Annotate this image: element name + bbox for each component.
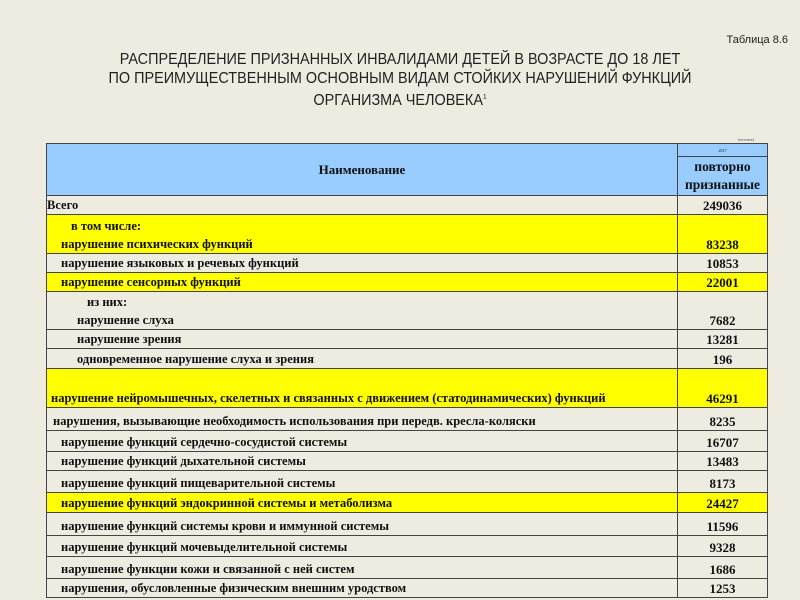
row-label: нарушение языковых и речевых функций — [47, 254, 678, 273]
table-row: Всего249036 — [47, 196, 768, 215]
table-body: Всего249036в том числе:нарушение психиче… — [47, 196, 768, 598]
row-value: 1686 — [678, 557, 768, 579]
row-value: 9328 — [678, 536, 768, 557]
row-label: одновременное нарушение слуха и зрения — [47, 349, 678, 369]
table-row: нарушение функций мочевыделительной сист… — [47, 536, 768, 557]
row-value: 22001 — [678, 273, 768, 292]
table-row: нарушение сенсорных функций22001 — [47, 273, 768, 292]
table-row: нарушение функции кожи и связанной с ней… — [47, 557, 768, 579]
footnote-mark: 1 — [483, 94, 487, 101]
row-label: нарушение функций сердечно-сосудистой си… — [47, 431, 678, 452]
table-number: Таблица 8.6 — [727, 34, 788, 46]
table-row: нарушения, обусловленные физическим внеш… — [47, 579, 768, 598]
row-label: Всего — [47, 196, 678, 215]
table-row: из них:нарушение слуха7682 — [47, 292, 768, 330]
table-row: нарушение функций эндокринной системы и … — [47, 493, 768, 513]
row-value: 249036 — [678, 196, 768, 215]
row-label: из них:нарушение слуха — [47, 292, 678, 330]
row-label: нарушения, вызывающие необходимость испо… — [47, 408, 678, 431]
row-value: 16707 — [678, 431, 768, 452]
row-value: 13483 — [678, 452, 768, 471]
title-line-1: РАСПРЕДЕЛЕНИЕ ПРИЗНАННЫХ ИНВАЛИДАМИ ДЕТЕ… — [28, 50, 772, 69]
table-row: нарушение функций системы крови и иммунн… — [47, 513, 768, 536]
title-line-3: ОРГАНИЗМА ЧЕЛОВЕКА1 — [28, 88, 772, 110]
column-header-year: 2017 — [678, 144, 768, 157]
title-line-2: ПО ПРЕИМУЩЕСТВЕННЫМ ОСНОВНЫМ ВИДАМ СТОЙК… — [28, 69, 772, 88]
row-label: нарушение зрения — [47, 330, 678, 349]
row-label: нарушение функций мочевыделительной сист… — [47, 536, 678, 557]
row-label: в том числе:нарушение психических функци… — [47, 215, 678, 254]
page-title: РАСПРЕДЕЛЕНИЕ ПРИЗНАННЫХ ИНВАЛИДАМИ ДЕТЕ… — [28, 50, 772, 110]
table-row: нарушение зрения13281 — [47, 330, 768, 349]
row-value: 11596 — [678, 513, 768, 536]
row-prelabel: из них: — [77, 293, 674, 311]
row-label: нарушение функций эндокринной системы и … — [47, 493, 678, 513]
row-label: нарушение функции кожи и связанной с ней… — [47, 557, 678, 579]
row-value: 24427 — [678, 493, 768, 513]
table-row: нарушения, вызывающие необходимость испо… — [47, 408, 768, 431]
row-label: нарушение функций дыхательной системы — [47, 452, 678, 471]
column-header-value: повторно признанные — [678, 157, 768, 196]
row-value: 7682 — [678, 292, 768, 330]
row-value: 8235 — [678, 408, 768, 431]
table-row: нарушение языковых и речевых функций1085… — [47, 254, 768, 273]
units-label: (человек) — [738, 137, 754, 142]
row-value: 8173 — [678, 471, 768, 493]
row-value: 10853 — [678, 254, 768, 273]
row-label: нарушение функций системы крови и иммунн… — [47, 513, 678, 536]
disability-table: Наименование 2017 повторно признанные Вс… — [46, 143, 768, 598]
column-header-name: Наименование — [47, 144, 678, 196]
row-label: нарушение сенсорных функций — [47, 273, 678, 292]
row-value: 1253 — [678, 579, 768, 598]
row-value: 83238 — [678, 215, 768, 254]
table-row: нарушение функций сердечно-сосудистой си… — [47, 431, 768, 452]
table-row: в том числе:нарушение психических функци… — [47, 215, 768, 254]
row-label: нарушение функций пищеварительной систем… — [47, 471, 678, 493]
table-row: нарушение функций пищеварительной систем… — [47, 471, 768, 493]
row-value: 13281 — [678, 330, 768, 349]
row-label: нарушения, обусловленные физическим внеш… — [47, 579, 678, 598]
row-label: нарушение нейромышечных, скелетных и свя… — [47, 369, 678, 408]
row-value: 196 — [678, 349, 768, 369]
table-row: нарушение функций дыхательной системы134… — [47, 452, 768, 471]
row-value: 46291 — [678, 369, 768, 408]
row-prelabel: в том числе: — [61, 217, 674, 235]
table-row: нарушение нейромышечных, скелетных и свя… — [47, 369, 768, 408]
table-row: одновременное нарушение слуха и зрения19… — [47, 349, 768, 369]
